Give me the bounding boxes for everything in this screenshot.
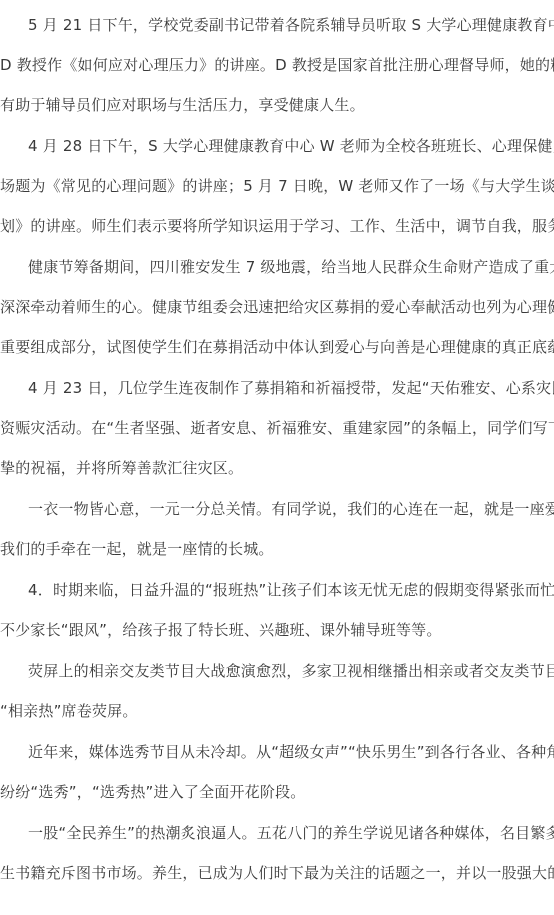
text-line: 4．时期来临，日益升温的“报班热”让孩子们本该无忧无虑的假期变得紧张而忙碌。 (0, 570, 554, 610)
paragraph: 4 月 23 日，几位学生连夜制作了募捐箱和祈福授带，发起“天佑雅安、心系灾民”… (0, 368, 554, 488)
text-line: 不少家长“跟风”，给孩子报了特长班、兴趣班、课外辅导班等等。 (0, 610, 554, 650)
paragraph: 近年来，媒体选秀节目从未冷却。从“超级女声”“快乐男生”到各行各业、各种角色 纷… (0, 732, 554, 812)
text-line: “相亲热”席卷荧屏。 (0, 691, 554, 731)
text-line: 近年来，媒体选秀节目从未冷却。从“超级女声”“快乐男生”到各行各业、各种角色 (0, 732, 554, 772)
text-line: 资赈灾活动。在“生者坚强、逝者安息、祈福雅安、重建家园”的条幅上，同学们写下了真 (0, 408, 554, 448)
text-line: 荧屏上的相亲交友类节目大战愈演愈烈，多家卫视相继播出相亲或者交友类节目，一轮 (0, 651, 554, 691)
paragraph: 5 月 21 日下午，学校党委副书记带着各院系辅导员听取 S 大学心理健康教育中… (0, 5, 554, 125)
text-line: 有助于辅导员们应对职场与生活压力，享受健康人生。 (0, 85, 554, 125)
text-line: D 教授作《如何应对心理压力》的讲座。D 教授是国家首批注册心理督导师，她的精彩… (0, 45, 554, 85)
text-line: 划》的讲座。师生们表示要将所学知识运用于学习、工作、生活中，调节自我，服务大家。 (0, 206, 554, 246)
text-line: 场题为《常见的心理问题》的讲座；5 月 7 日晚，W 老师又作了一场《与大学生谈… (0, 166, 554, 206)
paragraph: 4 月 28 日下午，S 大学心理健康教育中心 W 老师为全校各班班长、心理保健… (0, 126, 554, 246)
text-line: 一股“全民养生”的热潮炙浪逼人。五花八门的养生学说见诸各种媒体，名目繁多的养 (0, 813, 554, 853)
paragraph: 一衣一物皆心意，一元一分总关情。有同学说，我们的心连在一起，就是一座爱的堤坝 我… (0, 489, 554, 569)
text-line: 纷纷“选秀”，“选秀热”进入了全面开花阶段。 (0, 772, 554, 812)
paragraph: 荧屏上的相亲交友类节目大战愈演愈烈，多家卫视相继播出相亲或者交友类节目，一轮 “… (0, 651, 554, 731)
text-line: 重要组成部分，试图使学生们在募捐活动中体认到爱心与向善是心理健康的真正底蕴。 (0, 327, 554, 367)
document-page: 5 月 21 日下午，学校党委副书记带着各院系辅导员听取 S 大学心理健康教育中… (0, 0, 554, 915)
text-line: 一衣一物皆心意，一元一分总关情。有同学说，我们的心连在一起，就是一座爱的堤坝 (0, 489, 554, 529)
text-line: 深深牵动着师生的心。健康节组委会迅速把给灾区募捐的爱心奉献活动也列为心理健康节的 (0, 287, 554, 327)
paragraph: 健康节筹备期间，四川雅安发生 7 级地震，给当地人民群众生命财产造成了重大损失 … (0, 247, 554, 367)
text-line: 健康节筹备期间，四川雅安发生 7 级地震，给当地人民群众生命财产造成了重大损失 (0, 247, 554, 287)
text-line: 5 月 21 日下午，学校党委副书记带着各院系辅导员听取 S 大学心理健康教育中… (0, 5, 554, 45)
text-line: 我们的手牵在一起，就是一座情的长城。 (0, 529, 554, 569)
paragraph: 4．时期来临，日益升温的“报班热”让孩子们本该无忧无虑的假期变得紧张而忙碌。 不… (0, 570, 554, 650)
text-line: 4 月 28 日下午，S 大学心理健康教育中心 W 老师为全校各班班长、心理保健… (0, 126, 554, 166)
paragraph: 一股“全民养生”的热潮炙浪逼人。五花八门的养生学说见诸各种媒体，名目繁多的养 生… (0, 813, 554, 893)
text-line: 4 月 23 日，几位学生连夜制作了募捐箱和祈福授带，发起“天佑雅安、心系灾民”… (0, 368, 554, 408)
text-line: 挚的祝福，并将所筹善款汇往灾区。 (0, 448, 554, 488)
text-line: 生书籍充斥图书市场。养生，已成为人们时下最为关注的话题之一，并以一股强大的磁力影 (0, 853, 554, 893)
